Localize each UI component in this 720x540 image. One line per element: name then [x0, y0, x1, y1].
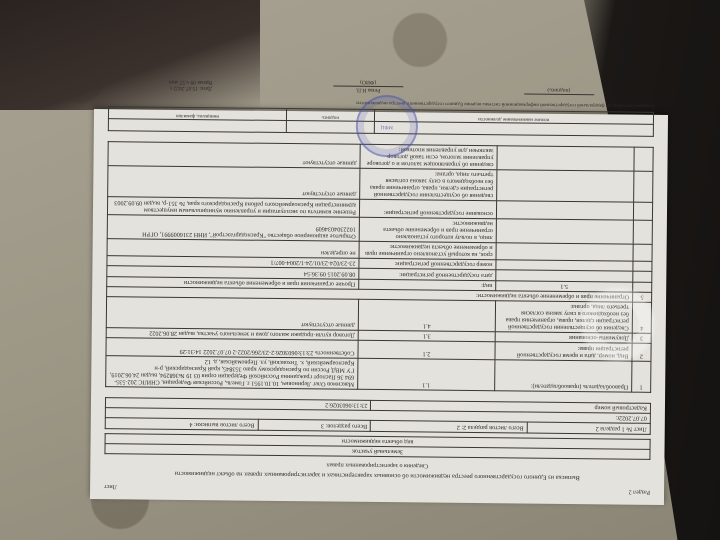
name-caption: инициалы, фамилия — [108, 106, 286, 120]
table-row: 4Сведения об осуществлении государственн… — [106, 297, 651, 334]
sheet-number: Лист № 1 раздела 2 — [527, 423, 650, 434]
row-value: Максимов Олег Леринович, 10.10.1951 г. Г… — [106, 355, 358, 389]
table-row: 1Правообладатель (правообладатели):1.1Ма… — [106, 355, 651, 392]
row-number — [634, 147, 653, 172]
row-subnumber — [496, 270, 633, 282]
row-subnumber: 3.1 — [358, 331, 495, 343]
section-sheets: Всего листов раздела 2: 2 — [371, 421, 528, 433]
row-label: вид: — [359, 279, 496, 291]
document-subtitle: Сведения о зарегистрированных правах — [104, 458, 650, 471]
row-number — [634, 171, 653, 203]
document-title: Выписка из Единого государственного реес… — [104, 469, 650, 482]
row-value: Решение комитета по эксплуатации и управ… — [107, 197, 359, 217]
rights-table: 1Правообладатель (правообладатели):1.1Ма… — [105, 141, 654, 393]
row-value: данные отсутствуют — [108, 166, 360, 200]
certifier-signature-caption: (подпись) — [524, 86, 594, 93]
row-value: данные отсутствуют — [108, 141, 360, 168]
row-subnumber: 1.1 — [358, 358, 495, 391]
sheet-label: Лист — [104, 482, 117, 489]
row-subnumber: 4.1 — [358, 299, 495, 332]
row-subnumber — [496, 260, 633, 272]
row-label: Правообладатель (правообладатели): — [495, 359, 632, 392]
row-subnumber — [496, 243, 633, 262]
stamp-seal: МФЦ — [356, 95, 419, 158]
row-number — [633, 262, 652, 272]
row-number — [633, 272, 652, 282]
dark-fold-shadow — [0, 0, 260, 110]
row-label: основание государственной регистрации: — [359, 200, 496, 219]
row-number — [633, 220, 652, 245]
row-label: срок, на который установлено ограничение… — [359, 241, 496, 260]
row-label: номер государственной регистрации: — [359, 259, 496, 271]
section-label: Раздел 2 — [629, 488, 651, 495]
light-glare — [577, 284, 658, 365]
row-subnumber: 2.1 — [358, 341, 495, 360]
row-label: лицо, в пользу которого установлено огра… — [359, 217, 496, 243]
table-row: сведения об осуществлении государственно… — [108, 166, 653, 203]
row-subnumber — [496, 201, 633, 220]
row-value: не определен — [107, 239, 359, 259]
row-subnumber — [497, 145, 634, 171]
certifier-date: Дата: 15.07.2022 г. — [169, 84, 213, 91]
row-value: Открытое акционерное общество "Краснодар… — [107, 214, 359, 241]
row-number — [633, 244, 652, 261]
sections-total: Всего разделов: 3 — [258, 420, 371, 431]
object-kind-table: Земельный участок вид объекта недвижимос… — [104, 433, 650, 460]
row-subnumber — [496, 218, 633, 244]
row-label: дата государственной регистрации: — [359, 269, 496, 281]
sheets-table: Лист № 1 раздела 2 Всего листов раздела … — [105, 397, 651, 434]
certifier-name: Резва Н.П. — [333, 86, 403, 93]
row-label: сведения об осуществлении государственно… — [360, 168, 497, 201]
certifier-name-caption: (ФИО) — [333, 78, 403, 85]
document-sheet: Раздел 2 Лист Выписка из Единого государ… — [90, 109, 668, 505]
row-number — [633, 203, 652, 220]
row-value: данные отсутствуют — [106, 297, 358, 331]
certifier-time: Время 09 ч 57 мин — [169, 78, 213, 85]
row-number: 1 — [632, 361, 651, 393]
stamp-label: МФЦ — [381, 123, 393, 129]
row-subnumber — [497, 170, 634, 203]
row-value: Собственность 23:13:0603026:2-23/266/202… — [106, 338, 358, 358]
extract-sheets: Всего листов выписки: 4 — [105, 418, 258, 430]
